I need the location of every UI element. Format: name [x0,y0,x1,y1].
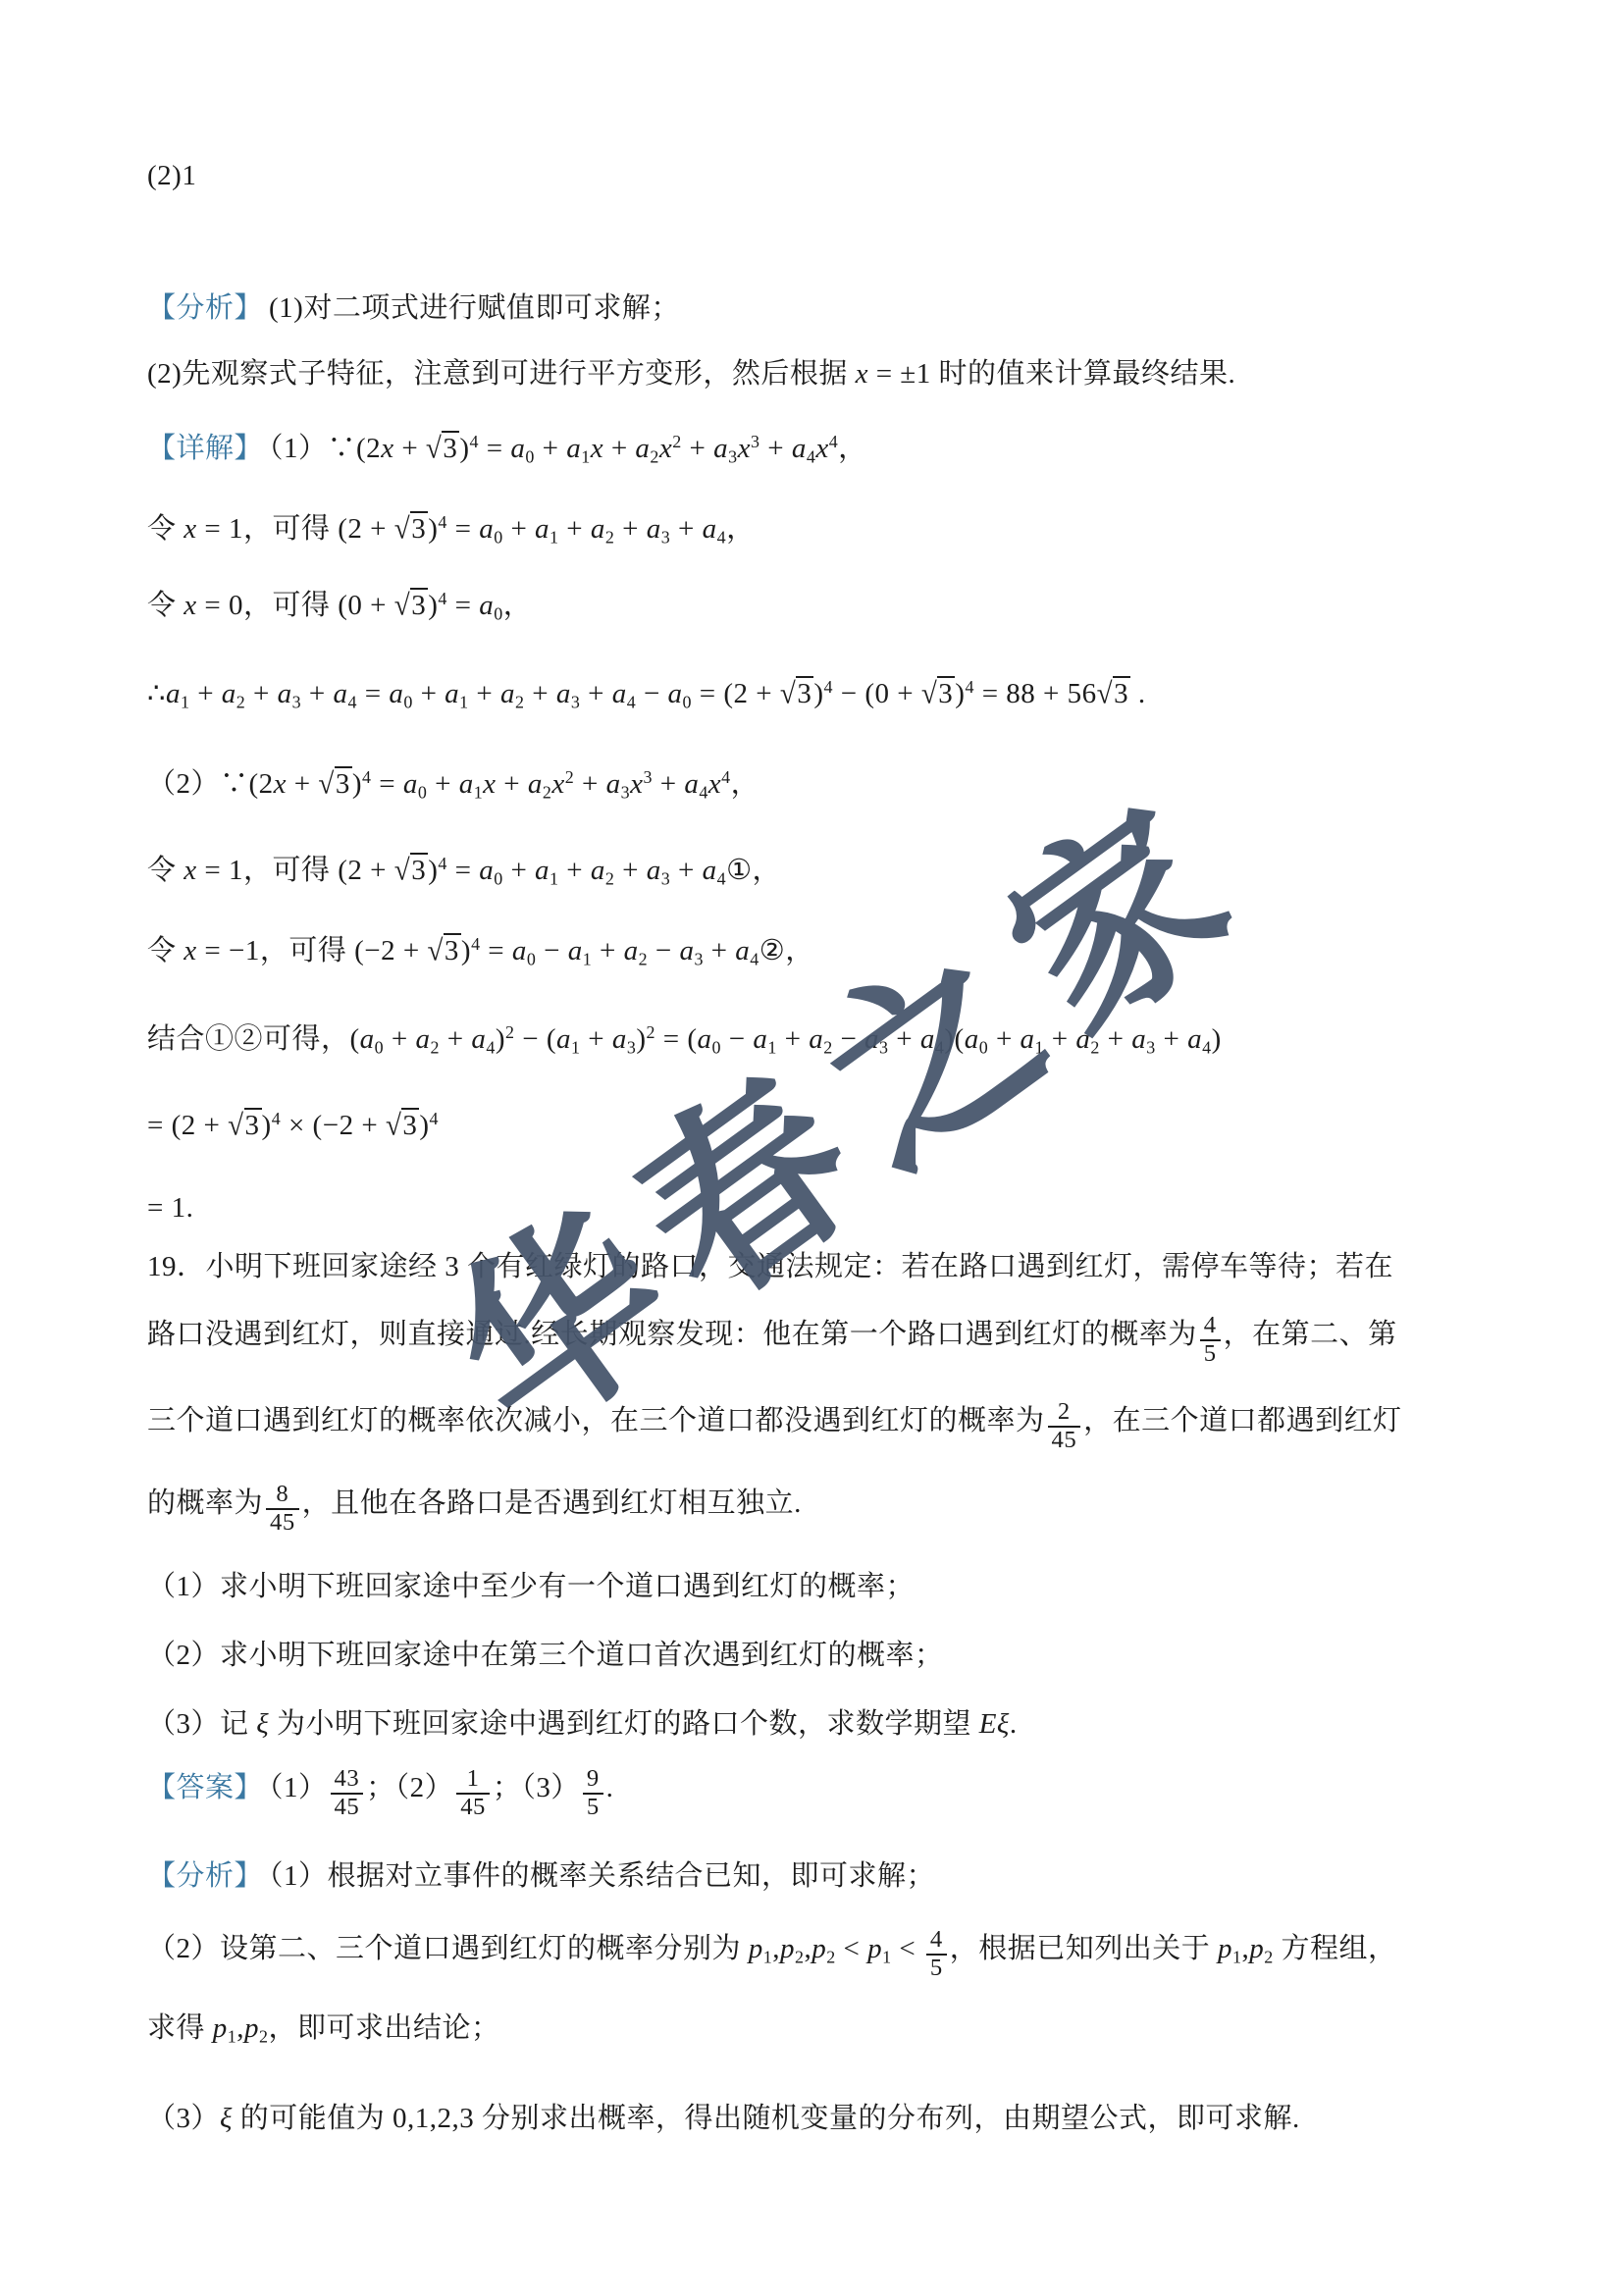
problem-19-question-3: （3）记 ξ 为小明下班回家途中遇到红灯的路口个数，求数学期望 Eξ. [147,1705,1018,1744]
analysis-section-line: 【分析】(1)对二项式进行赋值即可求解； [147,289,680,328]
answer-part2-line: (2)1 [147,157,196,195]
line-text: (2)1 [147,160,196,191]
line-text: 令 x = −1，可得 (−2 + √3)4 = a0 − a1 + a2 − … [147,935,814,966]
line-text: （1）4345；（2）145；（3）95. [269,1772,613,1803]
analysis-line-2: (2)先观察式子特征，注意到可进行平方变形，然后根据 x = ±1 时的值来计算… [147,355,1235,393]
line-text: ∴a1 + a2 + a3 + a4 = a0 + a1 + a2 + a3 +… [147,678,1146,709]
problem-19-question-1: （1）求小明下班回家途中至少有一个道口遇到红灯的概率； [147,1568,915,1606]
solution-line: 令 x = 0，可得 (0 + √3)4 = a0， [147,587,532,625]
problem-19-statement-line-3: 三个道口遇到红灯的概率依次减小，在三个道口都没遇到红灯的概率为245，在三个道口… [147,1399,1402,1453]
solution-line: = 1. [147,1189,193,1227]
line-text: 的概率为845，且他在各路口是否遇到红灯相互独立. [147,1487,802,1519]
line-text: （2）设第二、三个道口遇到红灯的概率分别为 p1,p2,p2 < p1 < 45… [147,1933,1397,1964]
analysis-label: 【分析】 [147,1860,263,1892]
solution-section-line: 【详解】（1）∵(2x + √3)4 = a0 + a1x + a2x2 + a… [147,430,867,468]
line-text: （3）ξ 的可能值为 0,1,2,3 分别求出概率，得出随机变量的分布列，由期望… [147,2103,1300,2134]
problem-19-statement-line-4: 的概率为845，且他在各路口是否遇到红灯相互独立. [147,1482,802,1536]
solution-line: ∴a1 + a2 + a3 + a4 = a0 + a1 + a2 + a3 +… [147,675,1146,713]
line-text: （3）记 ξ 为小明下班回家途中遇到红灯的路口个数，求数学期望 Eξ. [147,1708,1018,1740]
document-page: (2)1 【分析】(1)对二项式进行赋值即可求解； (2)先观察式子特征，注意到… [0,0,1623,2296]
solution-line: 令 x = −1，可得 (−2 + √3)4 = a0 − a1 + a2 − … [147,932,814,970]
line-text: = 1. [147,1192,193,1224]
line-text: 令 x = 1，可得 (2 + √3)4 = a0 + a1 + a2 + a3… [147,513,756,545]
answer-label: 【答案】 [147,1772,263,1803]
line-text: （1）∵(2x + √3)4 = a0 + a1x + a2x2 + a3x3 … [269,433,867,464]
line-text: 求得 p1,p2，即可求出结论； [147,2012,500,2044]
line-text: （2）∵(2x + √3)4 = a0 + a1x + a2x2 + a3x3 … [147,768,759,800]
line-text: 令 x = 0，可得 (0 + √3)4 = a0， [147,590,532,621]
line-text: = (2 + √3)4 × (−2 + √3)4 [147,1110,439,1141]
solution-line: 令 x = 1，可得 (2 + √3)4 = a0 + a1 + a2 + a3… [147,510,756,548]
line-text: 三个道口遇到红灯的概率依次减小，在三个道口都没遇到红灯的概率为245，在三个道口… [147,1405,1402,1436]
analysis-line: （3）ξ 的可能值为 0,1,2,3 分别求出概率，得出随机变量的分布列，由期望… [147,2100,1300,2138]
solution-line: （2）∵(2x + √3)4 = a0 + a1x + a2x2 + a3x3 … [147,765,759,804]
analysis-label: 【分析】 [147,292,263,324]
solution-line: = (2 + √3)4 × (−2 + √3)4 [147,1107,439,1145]
solution-label: 【详解】 [147,433,263,464]
answer-section-line: 【答案】（1）4345；（2）145；（3）95. [147,1766,613,1820]
analysis-line: 求得 p1,p2，即可求出结论； [147,2009,500,2048]
line-text: (2)先观察式子特征，注意到可进行平方变形，然后根据 x = ±1 时的值来计算… [147,358,1235,390]
line-text: 令 x = 1，可得 (2 + √3)4 = a0 + a1 + a2 + a3… [147,855,781,886]
analysis-line: （2）设第二、三个道口遇到红灯的概率分别为 p1,p2,p2 < p1 < 45… [147,1927,1397,1981]
problem-19-question-2: （2）求小明下班回家途中在第三个道口首次遇到红灯的概率； [147,1637,944,1675]
line-text: 路口没遇到红灯，则直接通过.经长期观察发现：他在第一个路口遇到红灯的概率为45，… [147,1319,1397,1350]
solution-line: 令 x = 1，可得 (2 + √3)4 = a0 + a1 + a2 + a3… [147,852,781,890]
line-text: （1）求小明下班回家途中至少有一个道口遇到红灯的概率； [147,1571,915,1602]
line-text: (1)对二项式进行赋值即可求解； [269,292,680,324]
line-text: （1）根据对立事件的概率关系结合已知，即可求解； [269,1860,935,1892]
line-text: （2）求小明下班回家途中在第三个道口首次遇到红灯的概率； [147,1640,944,1671]
analysis-section-line-2: 【分析】（1）根据对立事件的概率关系结合已知，即可求解； [147,1857,935,1896]
